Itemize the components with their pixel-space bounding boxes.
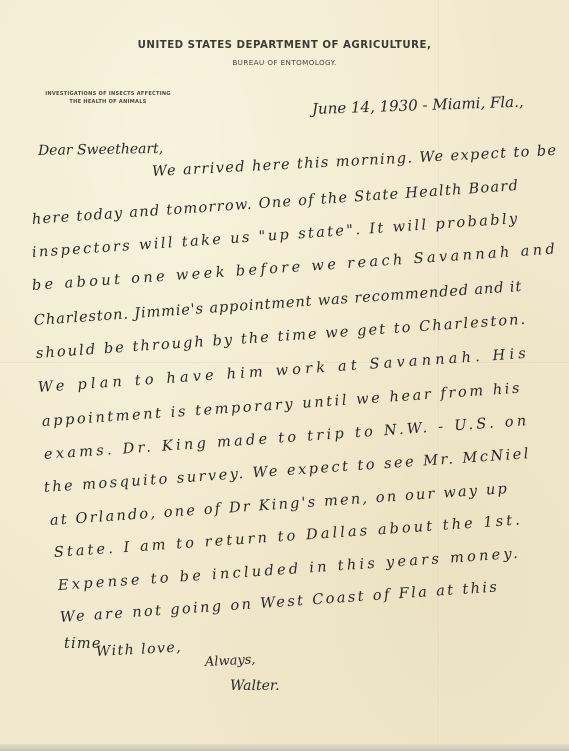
- letterhead-bureau: BUREAU OF ENTOMOLOGY.: [0, 58, 569, 67]
- letter-dateline: June 14, 1930 - Miami, Fla.,: [312, 93, 524, 118]
- division-line-2: THE HEALTH OF ANIMALS: [28, 98, 188, 106]
- letter-signature: Walter.: [230, 678, 280, 694]
- letter-page: UNITED STATES DEPARTMENT OF AGRICULTURE,…: [0, 0, 569, 744]
- letterhead-division: INVESTIGATIONS OF INSECTS AFFECTING THE …: [28, 90, 188, 106]
- division-line-1: INVESTIGATIONS OF INSECTS AFFECTING: [28, 90, 188, 98]
- letter-closing: With love,: [96, 639, 183, 659]
- body-line: We arrived here this morning. We expect …: [152, 143, 558, 180]
- letter-closing-always: Always,: [205, 652, 256, 670]
- letterhead-department: UNITED STATES DEPARTMENT OF AGRICULTURE,: [0, 40, 569, 51]
- letter-salutation: Dear Sweetheart,: [38, 141, 163, 159]
- page-bottom-edge: [0, 744, 569, 751]
